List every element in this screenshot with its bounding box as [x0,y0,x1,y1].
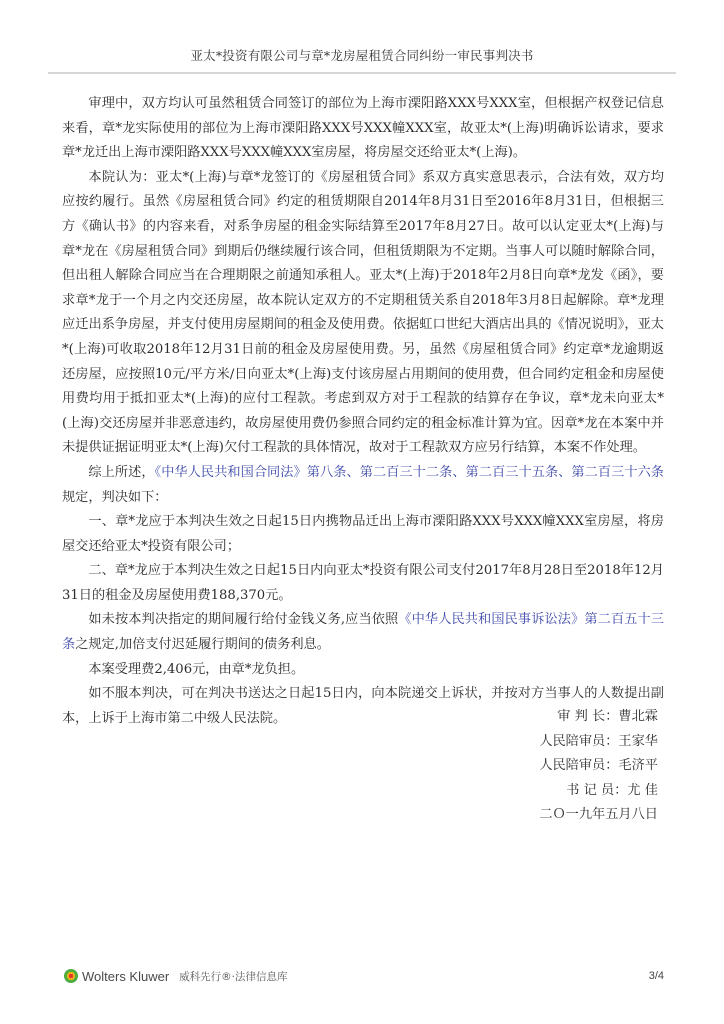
court-clerk: 书 记 员：尤 佳 [539,779,658,804]
judgment-date: 二Ｏ一九年五月八日 [539,803,658,828]
legal-basis-prefix: 综上所述， [88,465,154,480]
contract-law-link[interactable]: 《中华人民共和国合同法》第八条、第二百三十二条、第二百三十五条、第二百三十六条 [155,465,664,480]
paragraph-trial: 审理中，双方均认可虽然租赁合同签订的部位为上海市溧阳路XXX号XXX室，但根据产… [62,92,664,166]
header-divider [48,72,676,74]
wolters-kluwer-logo-icon [64,969,78,983]
people-assessor-1: 人民陪审员：王家华 [539,730,658,755]
document-body: 审理中，双方均认可虽然租赁合同签订的部位为上海市溧阳路XXX号XXX室，但根据产… [62,92,664,731]
brand-name: Wolters Kluwer [82,969,169,984]
judgment-item-2: 二、章*龙应于本判决生效之日起15日内向亚太*投资有限公司支付2017年8月28… [62,559,664,608]
presiding-judge: 审 判 长：曹北霖 [539,705,658,730]
page-footer: Wolters Kluwer 威科先行®·法律信息库 3/4 [64,966,664,986]
people-assessor-2: 人民陪审员：毛济平 [539,754,658,779]
judgment-item-1: 一、章*龙应于本判决生效之日起15日内携物品迁出上海市溧阳路XXX号XXX幢XX… [62,510,664,559]
signature-block: 审 判 长：曹北霖 人民陪审员：王家华 人民陪审员：毛济平 书 记 员：尤 佳 … [539,705,658,828]
page-number: 3/4 [649,970,664,982]
paragraph-legal-basis: 综上所述，《中华人民共和国合同法》第八条、第二百三十二条、第二百三十五条、第二百… [62,461,664,510]
legal-basis-suffix: 规定，判决如下： [62,490,168,505]
late-payment-prefix: 如未按本判决指定的期间履行给付金钱义务,应当依照 [88,612,398,627]
paragraph-court-fee: 本案受理费2,406元，由章*龙负担。 [62,658,664,683]
late-payment-suffix: 之规定,加倍支付迟延履行期间的债务利息。 [75,637,330,652]
paragraph-court-opinion: 本院认为：亚太*(上海)与章*龙签订的《房屋租赁合同》系双方真实意思表示，合法有… [62,166,664,461]
document-title: 亚太*投资有限公司与章*龙房屋租赁合同纠纷一审民事判决书 [0,46,724,64]
paragraph-late-payment: 如未按本判决指定的期间履行给付金钱义务,应当依照《中华人民共和国民事诉讼法》第二… [62,608,664,657]
brand-name-cn: 威科先行®·法律信息库 [179,969,287,984]
